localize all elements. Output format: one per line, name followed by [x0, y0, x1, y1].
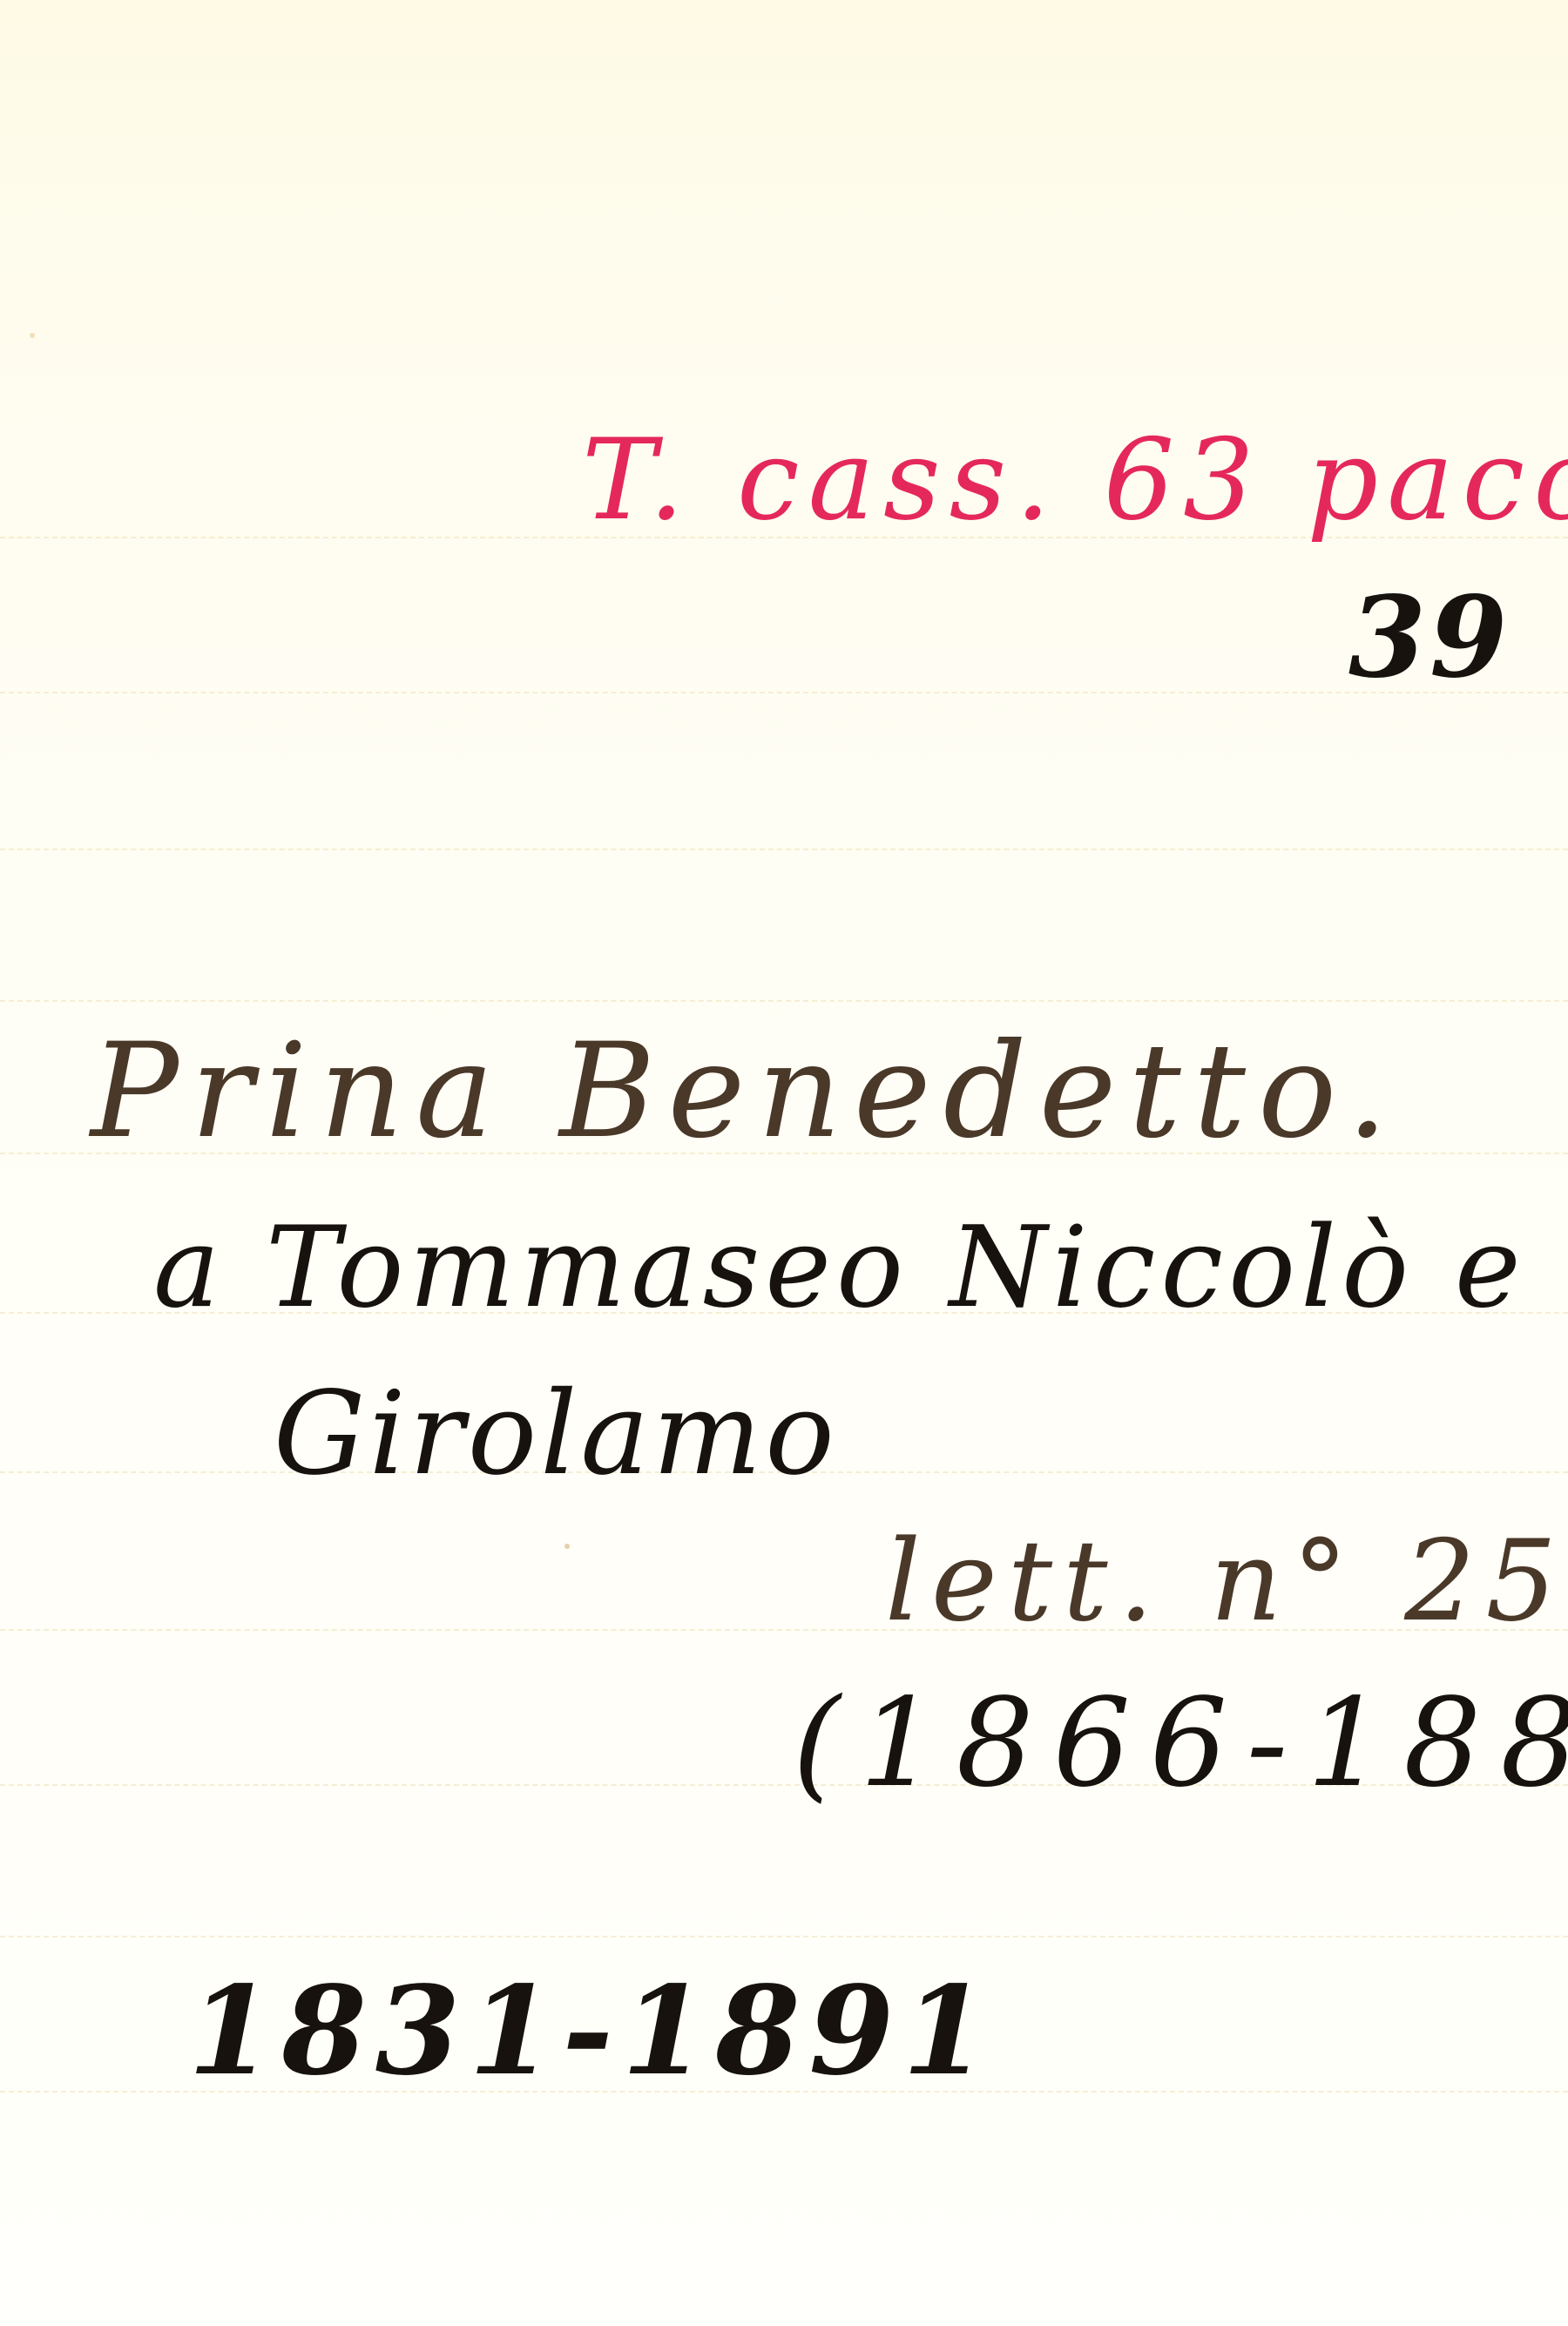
life-dates: 1831-1891	[188, 1971, 996, 2093]
paper-speck	[30, 333, 35, 338]
archive-reference: T. cass. 63 pacco 117.	[582, 425, 1568, 537]
paper-speck	[564, 1544, 570, 1549]
recipient-line-2: Girolamo	[274, 1376, 838, 1491]
ruled-line	[0, 1936, 1568, 1937]
ruled-line	[0, 1000, 1568, 1002]
correspondent-name: Prina Benedetto.	[91, 1026, 1400, 1157]
ruled-line	[0, 692, 1568, 693]
letter-count: lett. n° 25	[885, 1526, 1567, 1638]
letter-date-range: (1866-1887)	[793, 1683, 1568, 1805]
folder-number: 39	[1348, 582, 1511, 693]
recipient-line-1: a Tommaseo Niccolò e	[153, 1213, 1526, 1324]
archival-index-card: T. cass. 63 pacco 117. 39 Prina Benedett…	[0, 0, 1568, 2326]
ruled-line	[0, 849, 1568, 850]
